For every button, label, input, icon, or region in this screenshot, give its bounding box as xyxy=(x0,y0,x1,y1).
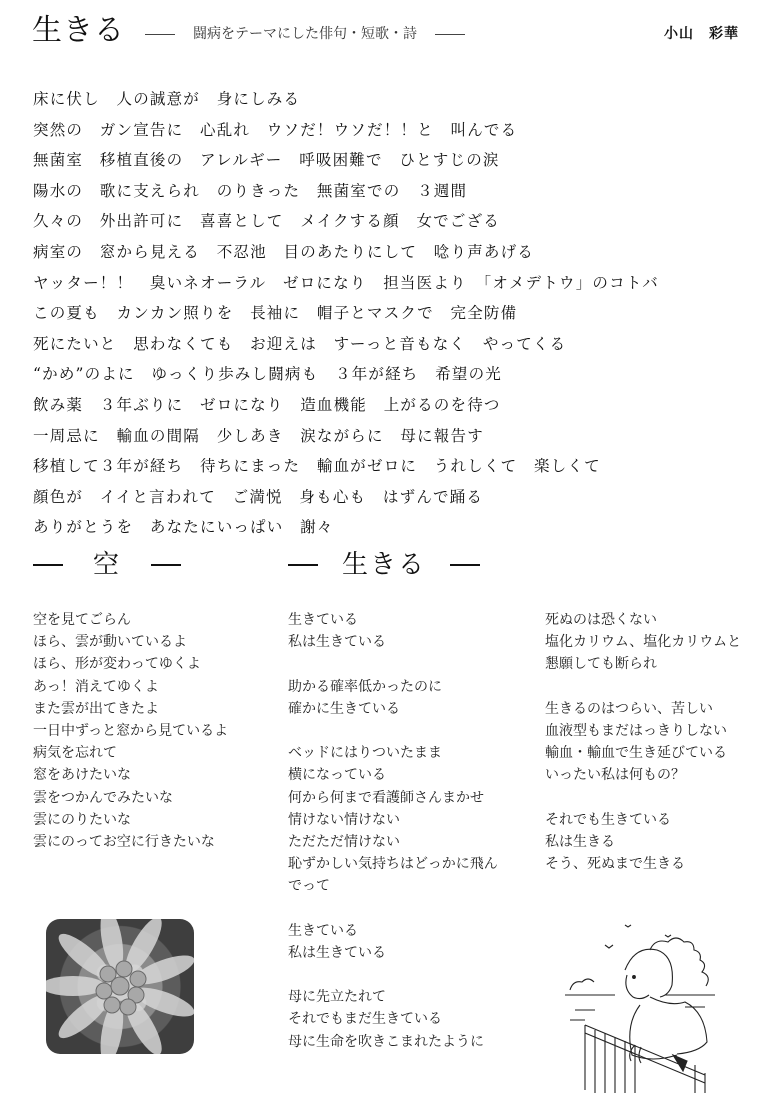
subtitle: 闘病をテーマにした俳句・短歌・詩 xyxy=(145,24,465,44)
poem-line: 私は生きる xyxy=(545,831,741,853)
poem-line: いったい私は何もの？ xyxy=(545,764,741,786)
poem-sora: 空を見てごらん ほら、雲が動いているよ ほら、形が変わってゆくよ あっ！消えてゆ… xyxy=(33,609,228,853)
poem-line: 雲にのってお空に行きたいな xyxy=(33,831,228,853)
haiku-line: “かめ”のよに ゆっくり歩みし闘病も ３年が経ち 希望の光 xyxy=(33,359,753,390)
haiku-line: 床に伏し 人の誠意が 身にしみる xyxy=(33,84,753,115)
dash-decoration xyxy=(151,564,181,566)
poem-ikiru-column-2: 死ぬのは恐くない 塩化カリウム、塩化カリウムと 懇願しても断られ 生きるのはつら… xyxy=(545,609,741,875)
poem-line: そう、死ぬまで生きる xyxy=(545,853,741,875)
poem-line: 恥ずかしい気持ちはどっかに飛ん xyxy=(288,853,498,875)
poem-line: 血液型もまだはっきりしない xyxy=(545,720,741,742)
poem-line: それでも生きている xyxy=(545,809,741,831)
poem-line: 死ぬのは恐くない xyxy=(545,609,741,631)
haiku-line: 病室の 窓から見える 不忍池 目のあたりにして 唸り声あげる xyxy=(33,237,753,268)
poem-line: 母に先立たれて xyxy=(288,986,498,1008)
poem-line: 私は生きている xyxy=(288,631,498,653)
haiku-list: 床に伏し 人の誠意が 身にしみる 突然の ガン宣告に 心乱れ ウソだ！ウソだ！！… xyxy=(33,84,753,543)
poem-line xyxy=(288,964,498,986)
poem-line: 一日中ずっと窓から見ているよ xyxy=(33,720,228,742)
haiku-line: 死にたいと 思わなくても お迎えは すーっと音もなく やってくる xyxy=(33,329,753,360)
author-name: 小山 彩華 xyxy=(664,24,739,44)
haiku-line: 飲み薬 ３年ぶりに ゼロになり 造血機能 上がるのを待つ xyxy=(33,390,753,421)
dash-decoration xyxy=(288,564,318,566)
poem-line: ほら、形が変わってゆくよ xyxy=(33,653,228,675)
flower-petals-graphic xyxy=(46,919,194,1054)
poem-line: 確かに生きている xyxy=(288,698,498,720)
poem-line: でって xyxy=(288,875,498,897)
poem-line: 母に生命を吹きこまれたように xyxy=(288,1031,498,1053)
poem-line: 生きている xyxy=(288,920,498,942)
section-title: 生きる xyxy=(342,548,426,582)
haiku-line: 無菌室 移植直後の アレルギー 呼吸困難で ひとすじの涙 xyxy=(33,145,753,176)
poem-line: ベッドにはりついたまま xyxy=(288,742,498,764)
haiku-line: ありがとうを あなたにいっぱい 謝々 xyxy=(33,512,753,543)
section-heading-ikiru: 生きる xyxy=(288,548,480,582)
poem-ikiru-column-1: 生きている 私は生きている 助かる確率低かったのに 確かに生きている ベッドには… xyxy=(288,609,498,1053)
poem-line xyxy=(288,653,498,675)
haiku-line: 移植して３年が経ち 待ちにまった 輸血がゼロに うれしくて 楽しくて xyxy=(33,451,753,482)
poem-line xyxy=(545,787,741,809)
line-drawing xyxy=(555,915,720,1095)
poem-line: 輸血・輸血で生き延びている xyxy=(545,742,741,764)
haiku-line: この夏も カンカン照りを 長袖に 帽子とマスクで 完全防備 xyxy=(33,298,753,329)
subtitle-text: 闘病をテーマにした俳句・短歌・詩 xyxy=(193,24,417,44)
poem-line: 病気を忘れて xyxy=(33,742,228,764)
poem-line: ただただ情けない xyxy=(288,831,498,853)
poem-line: また雲が出てきたよ xyxy=(33,698,228,720)
poem-line xyxy=(288,720,498,742)
haiku-line: ヤッター！！ 臭いネオーラル ゼロになり 担当医より 「オメデトウ」のコトバ xyxy=(33,268,753,299)
poem-line: 助かる確率低かったのに xyxy=(288,676,498,698)
poem-line: 窓をあけたいな xyxy=(33,764,228,786)
haiku-line: 顔色が イイと言われて ご満悦 身も心も はずんで踊る xyxy=(33,482,753,513)
poem-line: 生きるのはつらい、苦しい xyxy=(545,698,741,720)
section-title: 空 xyxy=(93,548,121,582)
poem-line xyxy=(288,897,498,919)
dash-decoration xyxy=(33,564,63,566)
haiku-line: 久々の 外出許可に 喜喜として メイクする顔 女でござる xyxy=(33,206,753,237)
poem-line xyxy=(545,676,741,698)
poem-line: 懇願しても断られ xyxy=(545,653,741,675)
haiku-line: 突然の ガン宣告に 心乱れ ウソだ！ウソだ！！と 叫んでる xyxy=(33,115,753,146)
poem-line: 塩化カリウム、塩化カリウムと xyxy=(545,631,741,653)
poem-line: 情けない情けない xyxy=(288,809,498,831)
poem-line: それでもまだ生きている xyxy=(288,1008,498,1030)
poem-line: 雲にのりたいな xyxy=(33,809,228,831)
dash-decoration xyxy=(435,34,465,35)
poem-line: 雲をつかんでみたいな xyxy=(33,787,228,809)
poem-line: 空を見てごらん xyxy=(33,609,228,631)
page-title: 生きる xyxy=(32,13,125,49)
dash-decoration xyxy=(145,34,175,35)
haiku-line: 一周忌に 輸血の間隔 少しあき 涙ながらに 母に報告す xyxy=(33,421,753,452)
haiku-line: 陽水の 歌に支えられ のりきった 無菌室での ３週間 xyxy=(33,176,753,207)
poem-line: あっ！消えてゆくよ xyxy=(33,676,228,698)
poem-line: ほら、雲が動いているよ xyxy=(33,631,228,653)
poem-line: 私は生きている xyxy=(288,942,498,964)
poem-line: 生きている xyxy=(288,609,498,631)
document-header: 生きる 闘病をテーマにした俳句・短歌・詩 小山 彩華 xyxy=(0,0,770,60)
dash-decoration xyxy=(450,564,480,566)
woman-illustration xyxy=(555,915,720,1095)
poem-line: 横になっている xyxy=(288,764,498,786)
poem-line: 何から何まで看護師さんまかせ xyxy=(288,787,498,809)
section-heading-sora: 空 xyxy=(33,548,181,582)
flower-photo xyxy=(46,919,194,1054)
